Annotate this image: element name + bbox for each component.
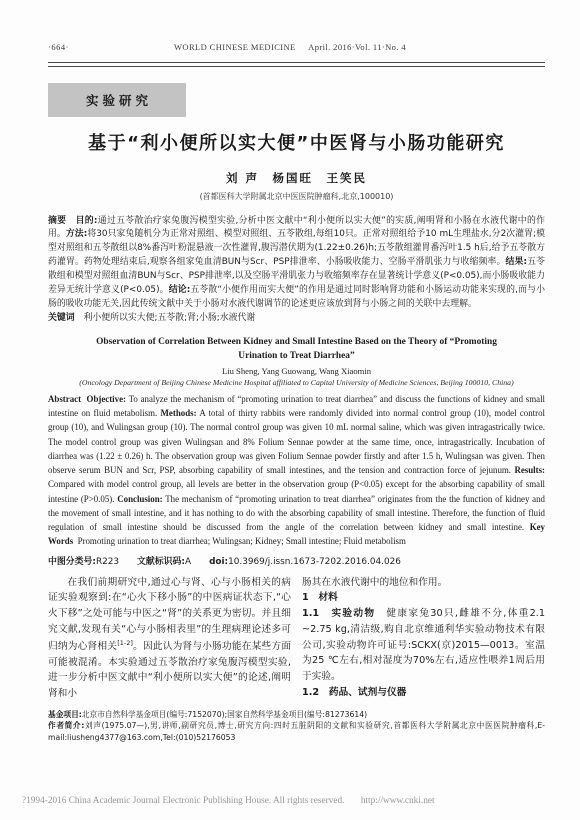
body-column-right: 肠其在水液代谢中的地位和作用。 1 材料 1.1 实验动物 健康家兔30只,雌雄… <box>302 575 545 702</box>
bio-label: 作者简介: <box>48 721 84 730</box>
body-columns: 在我们前期研究中,通过心与肾、心与小肠相关的病证实验观察到:在“心火下移小肠”的… <box>48 575 545 702</box>
abstract-label-en: Abstract <box>48 394 81 404</box>
author-bio-line: 作者简介:刘声(1975.07—),男,讲师,副研究员,博士,研究方向:四时五脏… <box>48 720 545 743</box>
article-title-cn: 基于“利小便所以实大便”中医肾与小肠功能研究 <box>48 129 545 155</box>
methods-text-cn: 将30只家兔随机分为正常对照组、模型对照组、五苓散组,每组10只。正常对照组给予… <box>48 229 545 267</box>
intro-reference: [1-2] <box>117 639 133 647</box>
keywords-text-cn: 利小便所以实大便;五苓散;肾;小肠;水液代谢 <box>84 313 256 323</box>
article-title-en: Observation of Correlation Between Kidne… <box>48 335 545 363</box>
methods-text-en: A total of thirty rabbits were randomly … <box>48 408 545 475</box>
doc-code-label: 文献标识码: <box>137 557 185 567</box>
affiliation-en: (Oncology Department of Beijing Chinese … <box>48 378 545 387</box>
body-column-left: 在我们前期研究中,通过心与肾、心与小肠相关的病证实验观察到:在“心火下移小肠”的… <box>48 575 291 702</box>
journal-name-issue: WORLD CHINESE MEDICINE April. 2016·Vol. … <box>0 42 580 52</box>
section-1-1-paragraph: 1.1 实验动物 健康家兔30只,雌雄不分,体重2.1 ~2.75 kg,清洁级… <box>302 606 545 685</box>
fund-text: 北京市自然科学基金项目(编号:7152070);国家自然科学基金项目(编号:81… <box>82 710 367 719</box>
authors-cn: 刘 声 杨国旺 王笑民 <box>48 170 545 186</box>
affiliation-cn: (首都医科大学附属北京中医医院肿瘤科,北京,100010) <box>48 191 545 202</box>
abstract-en: Abstract Objective: To analyze the mecha… <box>48 392 545 549</box>
category-box: 实验研究 <box>48 83 186 117</box>
keywords-label-cn: 关键词 <box>48 313 75 323</box>
results-label-cn: 结果: <box>505 257 527 267</box>
clc-label: 中图分类号: <box>48 557 96 567</box>
section-1-heading: 1 材料 <box>302 590 545 606</box>
objective-label-cn: 目的: <box>76 216 98 226</box>
cnki-url: http://www.cnki.net <box>361 796 435 806</box>
classification-line: 中图分类号:R223文献标识码:Adoi:10.3969/j.issn.1673… <box>48 554 545 567</box>
methods-label-en: Methods: <box>161 408 197 418</box>
section-1-2-heading: 1.2 药品、试剂与仪器 <box>302 685 545 701</box>
intro-paragraph: 在我们前期研究中,通过心与肾、心与小肠相关的病证实验观察到:在“心火下移小肠”的… <box>48 575 291 702</box>
section-1-1-text: 健康家兔30只,雌雄不分,体重2.1 ~2.75 kg,清洁级,购自北京维通利华… <box>302 608 545 682</box>
abstract-cn: 摘要 目的:通过五苓散治疗家兔腹泻模型实验,分析中医文献中“利小便所以实大便”的… <box>48 215 545 326</box>
methods-label-cn: 方法: <box>66 229 87 239</box>
fund-line: 基金项目:北京市自然科学基金项目(编号:7152070);国家自然科学基金项目(… <box>48 709 545 721</box>
section-1-1-label: 1.1 实验动物 <box>302 608 375 619</box>
authors-en: Liu Sheng, Yang Guowang, Wang Xiaomin <box>48 366 545 376</box>
article-content: 基于“利小便所以实大便”中医肾与小肠功能研究 刘 声 杨国旺 王笑民 (首都医科… <box>0 129 580 744</box>
conclusion-label-en: Conclusion: <box>117 494 162 504</box>
keywords-text-en: Promoting urination to treat diarrhea; W… <box>78 536 406 546</box>
doi-value: 10.3969/j.issn.1673-7202.2016.04.026 <box>228 557 401 567</box>
header-double-rule <box>48 62 545 67</box>
journal-page: ·664· WORLD CHINESE MEDICINE April. 2016… <box>0 0 580 820</box>
intro-continuation: 肠其在水液代谢中的地位和作用。 <box>302 575 545 591</box>
bio-text: 刘声(1975.07—),男,讲师,副研究员,博士,研究方向:四时五脏阴阳的文献… <box>48 721 545 742</box>
objective-label-en: Objective: <box>87 394 126 404</box>
copyright-text: ?1994-2016 China Academic Journal Electr… <box>22 796 345 806</box>
journal-name: WORLD CHINESE MEDICINE <box>174 42 296 52</box>
clc-value: R223 <box>96 557 119 567</box>
doc-code-value: A <box>185 557 191 567</box>
fund-label: 基金项目: <box>48 710 82 719</box>
abstract-label-cn: 摘要 <box>48 216 66 226</box>
conclusion-label-cn: 结论: <box>169 285 191 295</box>
doi-label: doi: <box>209 557 228 567</box>
cnki-footer: ?1994-2016 China Academic Journal Electr… <box>0 796 580 806</box>
results-label-en: Results: <box>514 465 545 475</box>
journal-issue: April. 2016·Vol. 11·No. 4 <box>308 42 406 52</box>
footnote-block: 基金项目:北京市自然科学基金项目(编号:7152070);国家自然科学基金项目(… <box>48 709 545 744</box>
keywords-cn-line: 关键词 利小便所以实大便;五苓散;肾;小肠;水液代谢 <box>48 312 545 326</box>
journal-header: ·664· WORLD CHINESE MEDICINE April. 2016… <box>0 0 580 55</box>
page-number: ·664· <box>48 42 69 52</box>
abstract-cn-paragraph: 摘要 目的:通过五苓散治疗家兔腹泻模型实验,分析中医文献中“利小便所以实大便”的… <box>48 215 545 312</box>
